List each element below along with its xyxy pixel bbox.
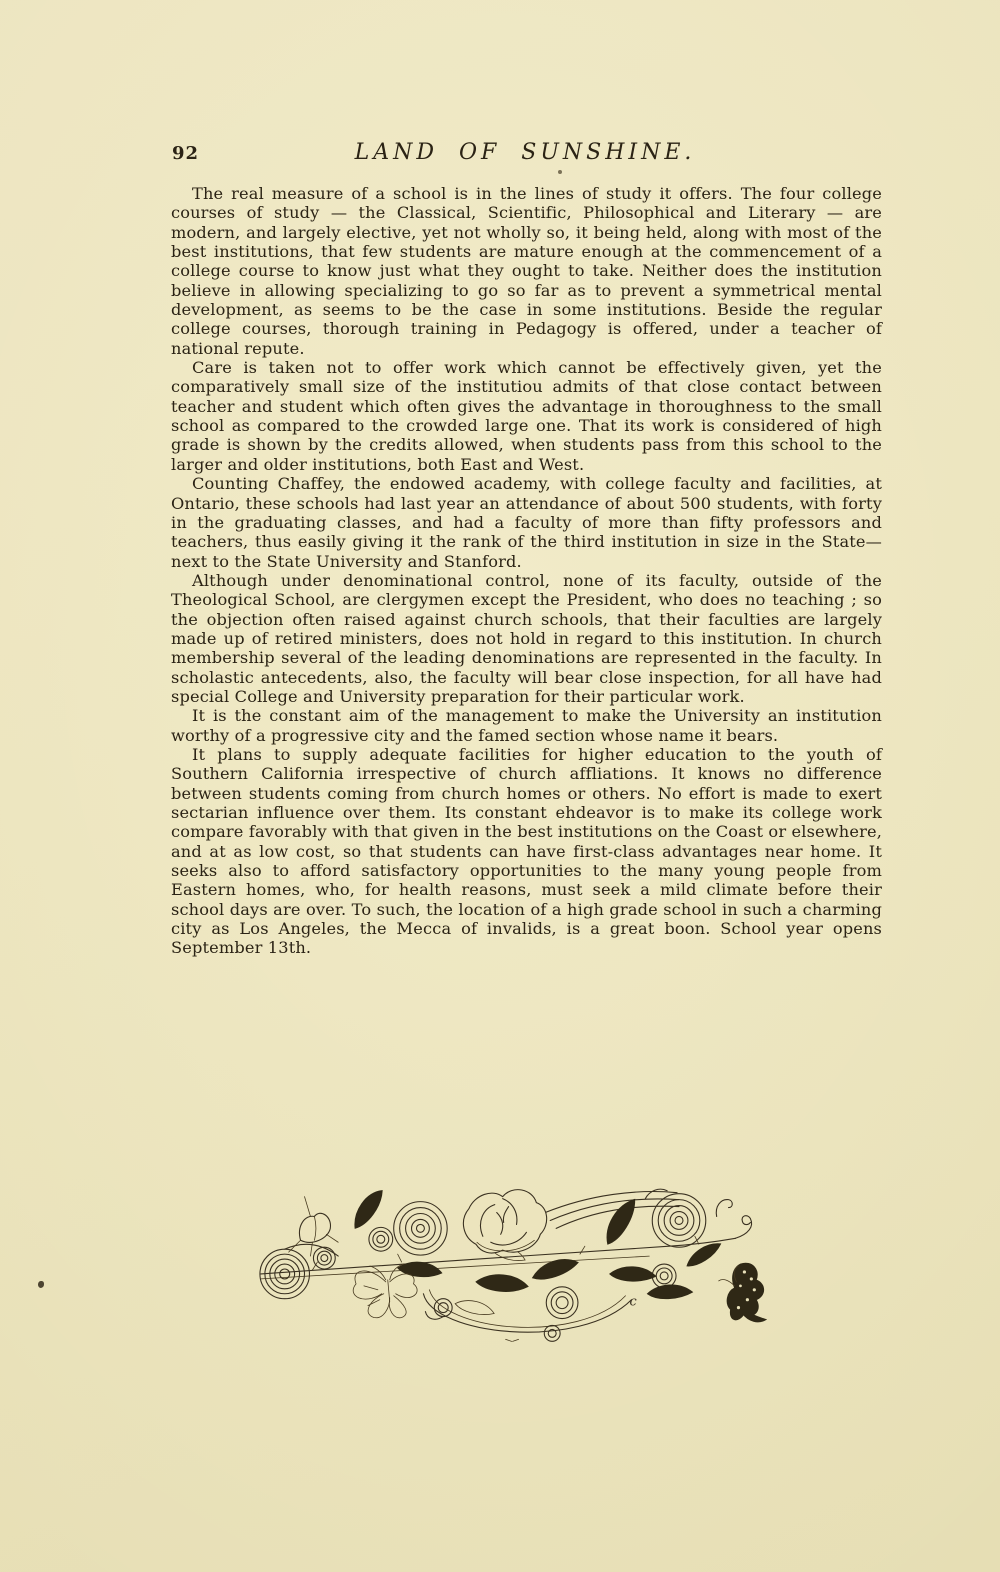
- paragraph: It is the constant aim of the management…: [171, 706, 882, 745]
- rosebud-icon: [289, 1197, 339, 1256]
- book-page: { "page": { "number": "92", "header_titl…: [0, 0, 1000, 1572]
- header-dot: [558, 170, 562, 174]
- spiral-ornament: [260, 1244, 338, 1298]
- right-butterfly-icon: [719, 1263, 767, 1322]
- paragraph: Although under denominational control, n…: [171, 571, 882, 706]
- stem-curl: [716, 1200, 751, 1239]
- tailpiece-illustration: c: [253, 1182, 788, 1354]
- paragraph: The real measure of a school is in the l…: [171, 184, 882, 358]
- paragraph: Counting Chaffey, the endowed academy, w…: [171, 474, 882, 571]
- paper-speck: [38, 1281, 44, 1288]
- paragraph: Care is taken not to offer work which ca…: [171, 358, 882, 474]
- spiral-ornament: [369, 1227, 393, 1251]
- paragraph: It plans to supply adequate facilities f…: [171, 745, 882, 958]
- page-header: 92 LAND OF SUNSHINE.: [170, 140, 880, 170]
- rose-icon: [463, 1190, 546, 1253]
- body-text: The real measure of a school is in the l…: [171, 184, 882, 958]
- page-title: LAND OF SUNSHINE.: [170, 140, 880, 165]
- artist-signature: c: [629, 1295, 636, 1310]
- garland-loop: [423, 1290, 631, 1342]
- spiral-ornament: [394, 1202, 448, 1256]
